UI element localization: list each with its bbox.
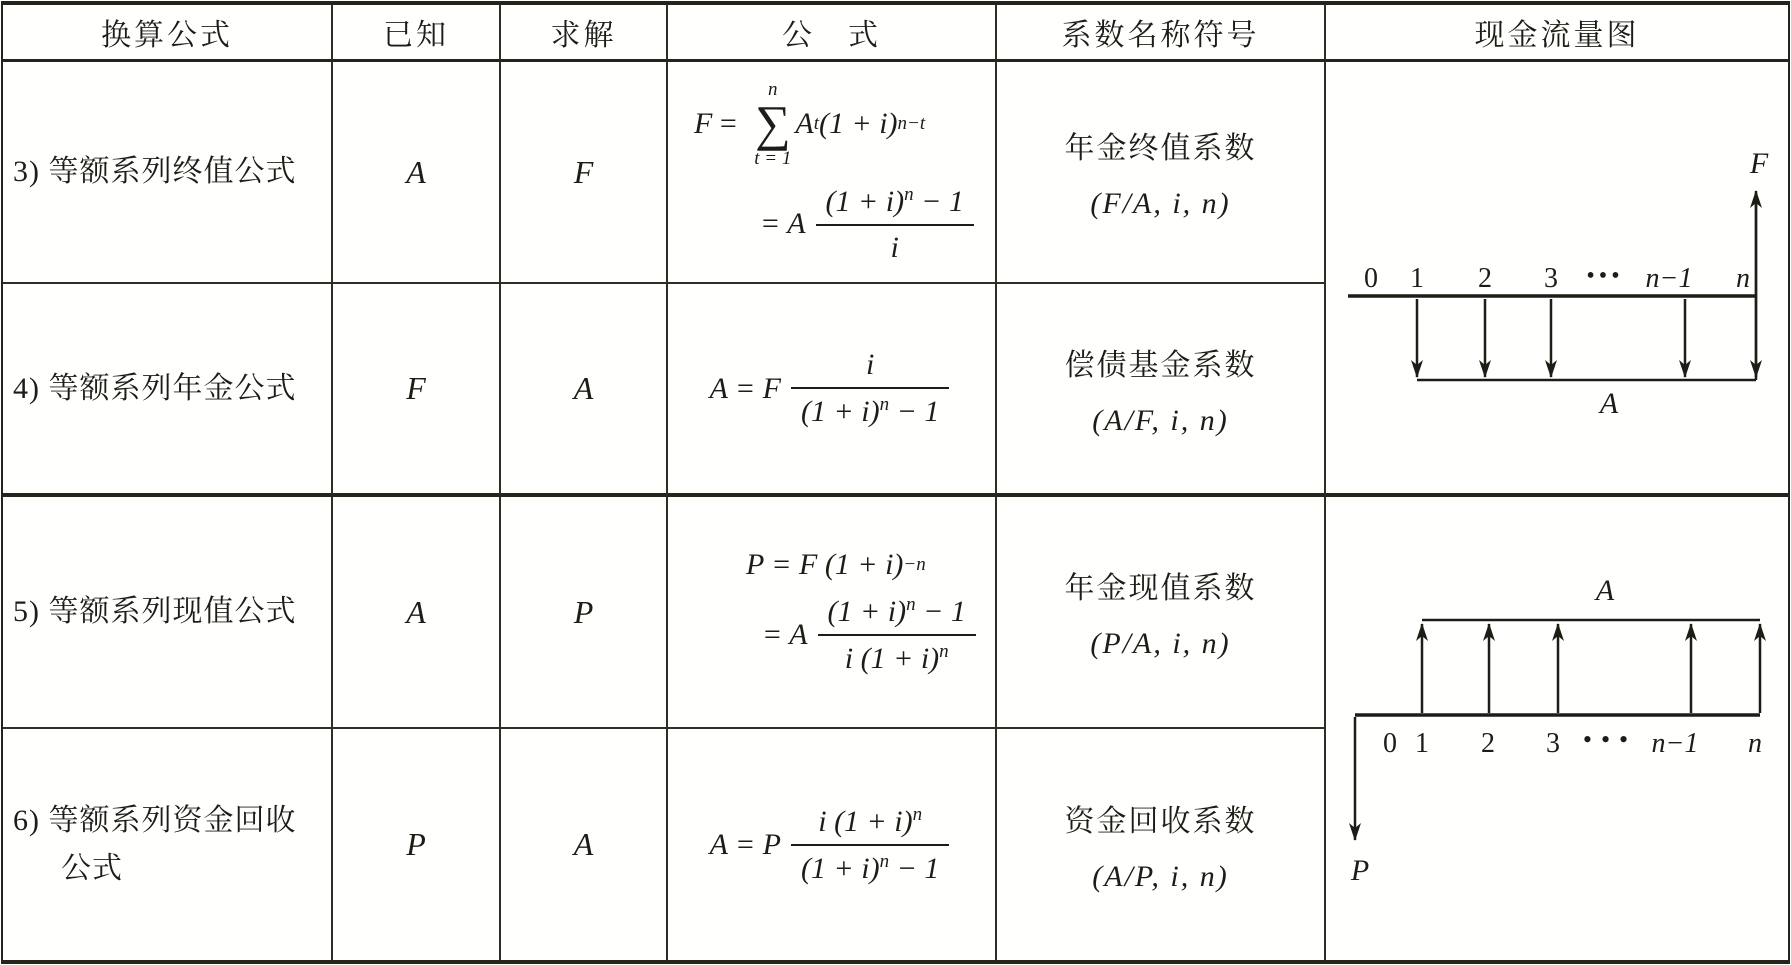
tick-ellipsis: ••• — [1586, 263, 1623, 289]
formula-5-line-2: = A(1 + i)n − 1i (1 + i)n — [762, 594, 980, 676]
tick-1: 1 — [1415, 728, 1429, 759]
tick-3: 3 — [1546, 728, 1560, 759]
row-5-coefficient: 年金现值系数(P/A, i, n) — [997, 497, 1326, 729]
tick-1: 1 — [1410, 263, 1424, 294]
row-5-formula: P = F (1 + i)−n = A(1 + i)n − 1i (1 + i)… — [668, 497, 997, 729]
table-row-3-label-cell: 3) 等额系列终值公式 — [3, 62, 333, 284]
formula-4-line: A = Fi(1 + i)n − 1 — [710, 348, 954, 429]
tick-ellipsis: ••• — [1583, 725, 1637, 754]
row-label: 4) 等额系列年金公式 — [3, 365, 331, 413]
fraction: (1 + i)n − 1i (1 + i)n — [818, 594, 976, 676]
summation-symbol: n∑t = 1 — [754, 80, 791, 168]
formula-6-line: A = Pi (1 + i)n(1 + i)n − 1 — [710, 804, 954, 886]
row-5-solve: P — [501, 497, 668, 729]
row-6-formula: A = Pi (1 + i)n(1 + i)n − 1 — [668, 729, 997, 960]
tick-n-minus-1: n−1 — [1646, 263, 1693, 294]
tick-3: 3 — [1544, 263, 1558, 294]
header-solve-for: 求解 — [501, 5, 668, 62]
tick-2: 2 — [1481, 728, 1495, 759]
row-3-solve: F — [501, 62, 668, 284]
fraction: (1 + i)n − 1i — [816, 184, 974, 265]
tick-2: 2 — [1478, 263, 1492, 294]
header-cash-flow-diagram: 现金流量图 — [1326, 5, 1788, 62]
row-label: 3) 等额系列终值公式 — [3, 148, 331, 196]
row-3-formula: F = n∑t = 1At(1 + i)n−t = A(1 + i)n − 1i — [668, 62, 997, 284]
formula-3-line-1: F = n∑t = 1At(1 + i)n−t — [694, 80, 925, 168]
tick-n: n — [1748, 728, 1762, 759]
row-label: 6) 等额系列资金回收公式 — [3, 797, 331, 893]
cash-flow-diagram-annuity-future: 0 1 2 3 ••• n−1 n F A — [1326, 62, 1788, 497]
row-5-known: A — [333, 497, 501, 729]
row-6-solve: A — [501, 729, 668, 960]
annuity-label: A — [1594, 574, 1615, 607]
tick-0: 0 — [1364, 263, 1378, 294]
row-3-coefficient: 年金终值系数(F/A, i, n) — [997, 62, 1326, 284]
header-conversion-formula: 换算公式 — [3, 5, 333, 62]
formula-5-line-1: P = F (1 + i)−n — [746, 548, 926, 582]
tick-n: n — [1736, 263, 1750, 294]
header-formula: 公 式 — [668, 5, 997, 62]
future-value-label: F — [1749, 147, 1769, 180]
row-4-solve: A — [501, 284, 668, 497]
cash-flow-diagram-annuity-present: A 0 1 2 3 ••• n−1 n P — [1326, 497, 1788, 960]
annuity-formula-table: 换算公式 已知 求解 公 式 系数名称符号 现金流量图 3) 等额系列终值公式 … — [1, 1, 1790, 964]
present-value-label: P — [1350, 854, 1369, 887]
row-6-coefficient: 资金回收系数(A/P, i, n) — [997, 729, 1326, 960]
fraction: i (1 + i)n(1 + i)n − 1 — [791, 804, 949, 886]
row-6-known: P — [333, 729, 501, 960]
table-row-4-label-cell: 4) 等额系列年金公式 — [3, 284, 333, 497]
fraction: i(1 + i)n − 1 — [791, 348, 949, 429]
row-4-coefficient: 偿债基金系数(A/F, i, n) — [997, 284, 1326, 497]
tick-0: 0 — [1383, 728, 1397, 759]
row-4-known: F — [333, 284, 501, 497]
cash-flow-svg-bottom: A 0 1 2 3 ••• n−1 n P — [1329, 500, 1785, 957]
row-3-known: A — [333, 62, 501, 284]
tick-n-minus-1: n−1 — [1652, 728, 1699, 759]
header-coefficient-name-symbol: 系数名称符号 — [997, 5, 1326, 62]
row-4-formula: A = Fi(1 + i)n − 1 — [668, 284, 997, 497]
row-label: 5) 等额系列现值公式 — [3, 588, 331, 636]
formula-3-line-2: = A(1 + i)n − 1i — [760, 184, 978, 265]
table-row-6-label-cell: 6) 等额系列资金回收公式 — [3, 729, 333, 960]
annuity-label: A — [1598, 387, 1619, 420]
header-known: 已知 — [333, 5, 501, 62]
table-row-5-label-cell: 5) 等额系列现值公式 — [3, 497, 333, 729]
cash-flow-svg-top: 0 1 2 3 ••• n−1 n F A — [1329, 61, 1785, 494]
